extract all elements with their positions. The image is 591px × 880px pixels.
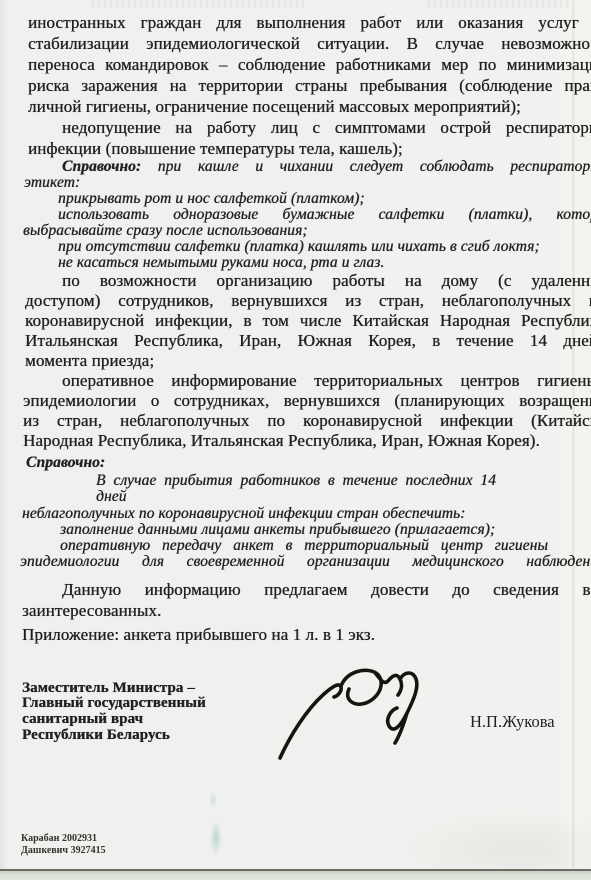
paragraph-remote-work: по возможности организацию работы на дом…	[28, 271, 591, 451]
doc-line: при отсутствии салфетки (платка) кашлять…	[58, 239, 591, 255]
doc-line: оперативное информирование территориальн…	[62, 371, 591, 391]
paragraph-foreign-workers: иностранных граждан для выполнения работ…	[28, 12, 591, 159]
attachment-line: Приложение: анкета прибывшего на 1 л. в …	[28, 624, 591, 645]
executor-line: Дашкевич 3927415	[21, 845, 106, 857]
doc-line: эпидемиологии для своевременной организа…	[20, 554, 591, 570]
doc-line: переноса командировок – соблюдение работ…	[28, 54, 591, 75]
note2-label-line: Справочно:	[28, 455, 591, 471]
executor-line: Карабан 2002931	[21, 833, 106, 845]
doc-line: неблагополучных по коронавирусной инфекц…	[22, 506, 591, 522]
doc-line: доступом) сотрудников, вернувшихся из ст…	[25, 291, 591, 311]
doc-line: эпидемиологии о сотрудниках, вернувшихся…	[23, 391, 591, 411]
doc-line: заинтересованных.	[22, 600, 591, 621]
paragraph-closing: Данную информацию предлагаем довести до …	[28, 579, 591, 621]
doc-line: Приложение: анкета прибывшего на 1 л. в …	[22, 624, 591, 645]
scanned-document-page: иностранных граждан для выполнения работ…	[0, 0, 591, 880]
doc-line: В случае прибытия работников в течение п…	[96, 473, 496, 506]
doc-line: использовать одноразовые бумажные салфет…	[58, 207, 591, 223]
doc-line: этикет:	[24, 175, 591, 191]
note-label: Справочно:	[26, 455, 591, 471]
document-text-column: иностранных граждан для выполнения работ…	[0, 0, 591, 743]
doc-line: стабилизации эпидемиологической ситуации…	[28, 33, 591, 54]
handwritten-signature	[268, 660, 433, 768]
doc-line: по возможности организацию работы на дом…	[62, 271, 591, 291]
doc-line: момента приезда;	[25, 351, 591, 371]
doc-line: личной гигиены, ограничение посещений ма…	[28, 96, 591, 117]
doc-line: иностранных граждан для выполнения работ…	[28, 12, 591, 33]
note-arrival-procedure: В случае прибытия работников в течение п…	[28, 473, 591, 571]
doc-line: не касаться немытыми руками носа, рта и …	[58, 255, 591, 271]
signatory-name: Н.П.Жукова	[470, 712, 555, 732]
paper-sheet: иностранных граждан для выполнения работ…	[0, 0, 591, 871]
doc-line: Справочно: при кашле и чихании следует с…	[62, 159, 591, 175]
doc-line: из стран, неблагополучных по коронавирус…	[23, 411, 591, 431]
doc-line: Народная Республика, Итальянская Республ…	[23, 431, 591, 451]
doc-line: прикрывать рот и нос салфеткой (платком)…	[58, 191, 591, 207]
doc-line: Итальянская Республика, Иран, Южная Коре…	[25, 331, 591, 351]
doc-line: инфекции (повышение температуры тела, ка…	[28, 138, 591, 159]
doc-line: заполнение данными лицами анкеты прибывш…	[60, 522, 591, 538]
note-text: при кашле и чихании следует соблюдать ре…	[158, 158, 591, 175]
doc-line: оперативную передачу анкет в территориал…	[60, 538, 548, 554]
doc-line: Данную информацию предлагаем довести до …	[62, 579, 591, 600]
doc-line: коронавирусной инфекции, в том числе Кит…	[25, 311, 591, 331]
doc-line: недопущение на работу лиц с симптомами о…	[62, 117, 591, 138]
scanner-background-strip	[0, 871, 591, 880]
doc-line: риска заражения на территории страны пре…	[28, 75, 591, 96]
note-label: Справочно:	[62, 158, 141, 175]
doc-line: выбрасывайте сразу после использования;	[23, 223, 591, 239]
executor-references: Карабан 2002931 Дашкевич 3927415	[21, 833, 106, 857]
note-respiratory-etiquette: Справочно: при кашле и чихании следует с…	[28, 159, 591, 271]
